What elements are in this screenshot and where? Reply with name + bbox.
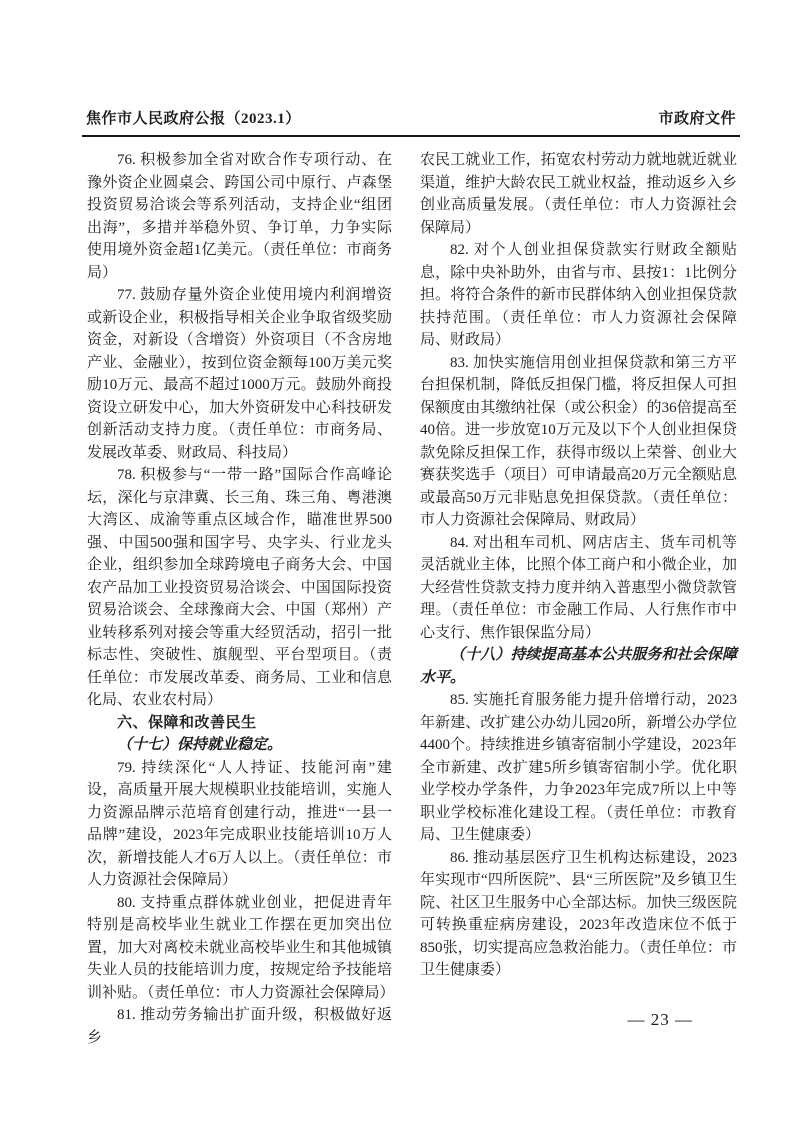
- left-column: 76. 积极参加全省对欧合作专项行动、在豫外资企业圆桌会、跨国公司中原行、卢森堡…: [87, 149, 392, 1049]
- paragraph-79: 79. 持续深化“人人持证、技能河南”建设，高质量开展大规模职业技能培训，实施人…: [87, 757, 392, 892]
- page-header: 焦作市人民政府公报（2023.1） 市政府文件: [82, 107, 740, 137]
- paragraph-84: 84. 对出租车司机、网店店主、货车司机等灵活就业主体，比照个体工商户和小微企业…: [420, 532, 737, 645]
- paragraph-82: 82. 对个人创业担保贷款实行财政全额贴息，除中央补助外，由省与市、县按1：1比…: [420, 239, 737, 352]
- paragraph-77: 77. 鼓励存量外资企业使用境内利润增资或新设企业，积极指导相关企业争取省级奖励…: [87, 284, 392, 464]
- gazette-page: 焦作市人民政府公报（2023.1） 市政府文件 76. 积极参加全省对欧合作专项…: [0, 0, 793, 1122]
- subsection-heading-17: （十七）保持就业稳定。: [87, 734, 392, 757]
- section-heading-six: 六、保障和改善民生: [87, 712, 392, 735]
- paragraph-81-start: 81. 推动劳务输出扩面升级，积极做好返乡: [87, 1004, 392, 1049]
- page-number: — 23 —: [628, 1010, 694, 1030]
- paragraph-78: 78. 积极参与“一带一路”国际合作高峰论坛，深化与京津冀、长三角、珠三角、粤港…: [87, 464, 392, 712]
- paragraph-76: 76. 积极参加全省对欧合作专项行动、在豫外资企业圆桌会、跨国公司中原行、卢森堡…: [87, 149, 392, 284]
- paragraph-83: 83. 加快实施信用创业担保贷款和第三方平台担保机制，降低反担保门槛，将反担保人…: [420, 352, 737, 532]
- paragraph-86: 86. 推动基层医疗卫生机构达标建设，2023年实现市“四所医院”、县“三所医院…: [420, 847, 737, 982]
- journal-title: 焦作市人民政府公报（2023.1）: [86, 107, 301, 128]
- document-body: 76. 积极参加全省对欧合作专项行动、在豫外资企业圆桌会、跨国公司中原行、卢森堡…: [87, 149, 737, 1049]
- subsection-heading-18: （十八）持续提高基本公共服务和社会保障水平。: [420, 644, 737, 689]
- right-column: 农民工就业工作，拓宽农村劳动力就地就近就业渠道，维护大龄农民工就业权益，推动返乡…: [420, 149, 737, 1049]
- header-divider: [82, 135, 740, 137]
- paragraph-81-continued: 农民工就业工作，拓宽农村劳动力就地就近就业渠道，维护大龄农民工就业权益，推动返乡…: [420, 149, 737, 239]
- paragraph-80: 80. 支持重点群体就业创业，把促进青年特别是高校毕业生就业工作摆在更加突出位置…: [87, 892, 392, 1005]
- paragraph-85: 85. 实施托育服务能力提升倍增行动，2023年新建、改扩建公办幼儿园20所，新…: [420, 689, 737, 847]
- page-header-row: 焦作市人民政府公报（2023.1） 市政府文件: [82, 107, 740, 135]
- document-category-label: 市政府文件: [658, 107, 736, 128]
